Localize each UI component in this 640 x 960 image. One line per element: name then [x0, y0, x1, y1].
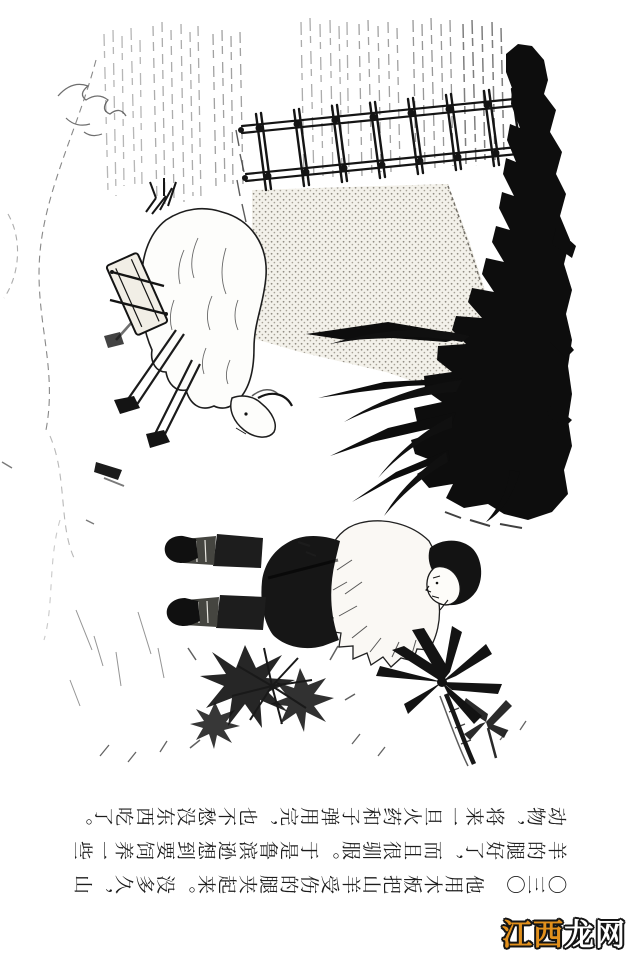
wooden-ladder	[238, 88, 528, 190]
shoe-1	[165, 536, 198, 563]
site-watermark: 江西龙网	[502, 910, 626, 954]
caption-column-2: 羊的腿好了，而且很驯服。于是鲁滨逊想到要饲养一些	[67, 831, 567, 865]
leg-breech-2	[216, 595, 266, 630]
goat-head	[231, 396, 276, 437]
shoe-2	[167, 598, 200, 626]
watermark-orange-text: 江西	[502, 918, 564, 953]
comic-page: 〇三〇 他用木板把山羊受伤的腿夹起来。没多久，山 羊的腿好了，而且很驯服。于是鲁…	[0, 0, 640, 960]
watermark-white-text: 龙网	[564, 918, 626, 953]
caption-text-block: 〇三〇 他用木板把山羊受伤的腿夹起来。没多久，山 羊的腿好了，而且很驯服。于是鲁…	[67, 797, 567, 899]
dark-tunic	[261, 536, 340, 648]
caption-column-1: 〇三〇 他用木板把山羊受伤的腿夹起来。没多久，山	[67, 865, 567, 899]
goat-tail-tuft	[146, 178, 176, 214]
caption-column-3: 动物，将来一旦火药和子弹用完，也不愁没东西吃了。	[67, 797, 567, 831]
leg-breech-1	[213, 534, 263, 568]
